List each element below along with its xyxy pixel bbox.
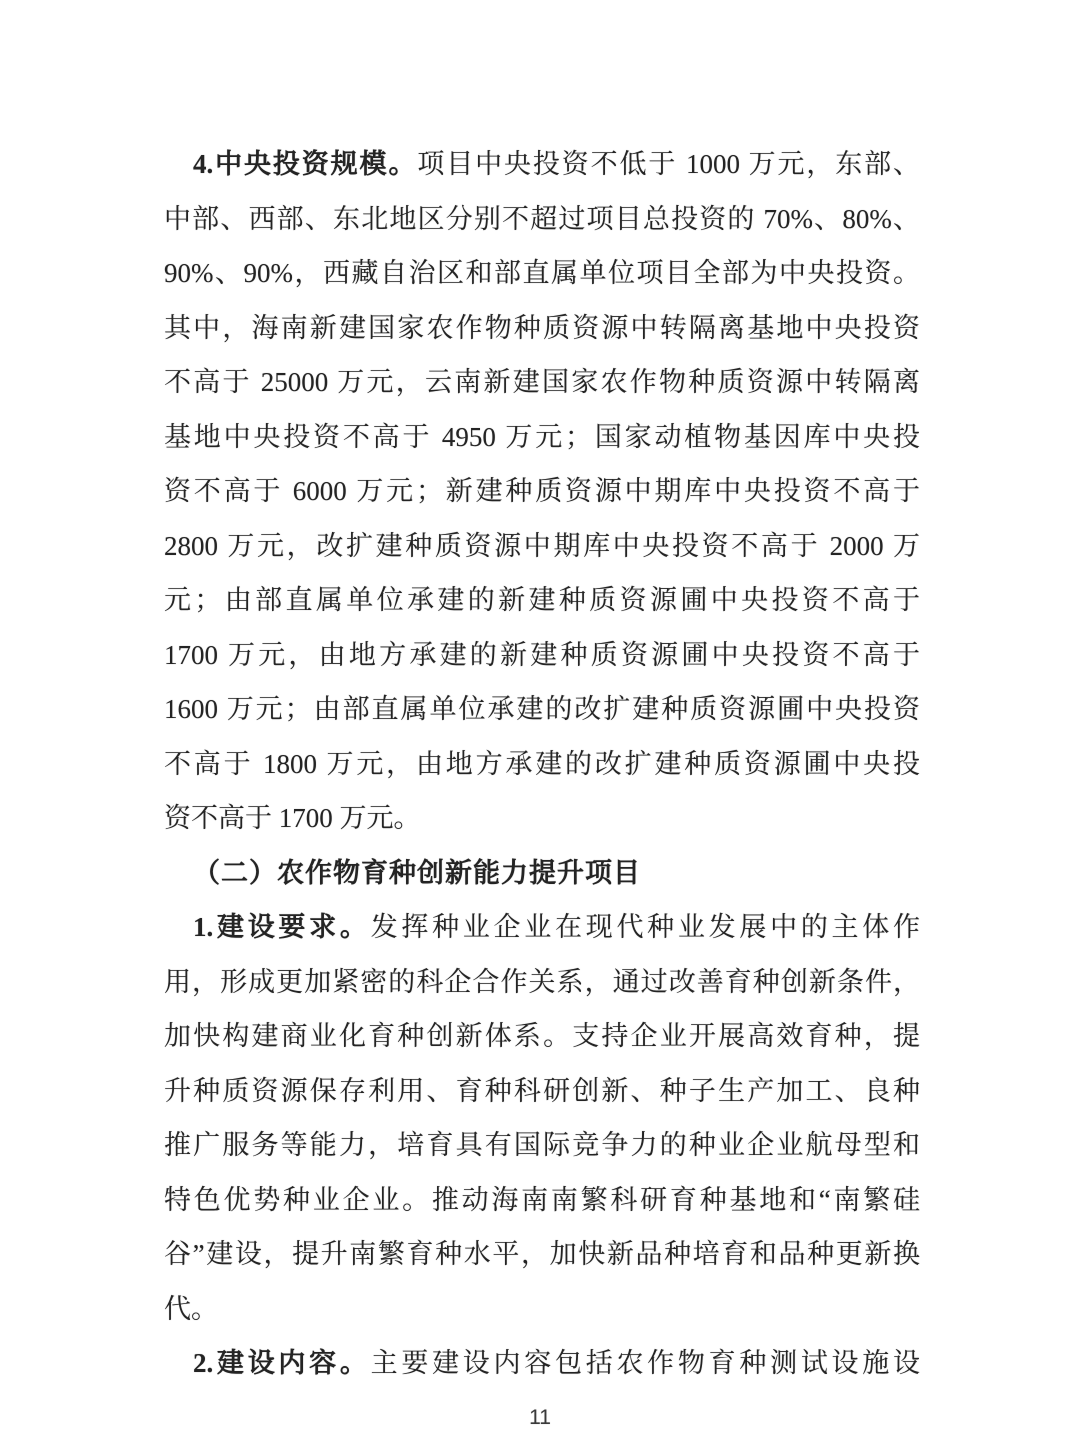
text-line: 资不高于 6000 万元；新建种质资源中期库中央投资不高于 <box>164 464 920 519</box>
text-line: 1.建设要求。发挥种业企业在现代种业发展中的主体作 <box>164 900 920 955</box>
text-line: 2800 万元，改扩建种质资源中期库中央投资不高于 2000 万 <box>164 519 920 574</box>
text-line: 基地中央投资不高于 4950 万元；国家动植物基因库中央投 <box>164 410 920 465</box>
text-line: 不高于 1800 万元，由地方承建的改扩建种质资源圃中央投 <box>164 737 920 792</box>
text-line: 不高于 25000 万元，云南新建国家农作物种质资源中转隔离 <box>164 355 920 410</box>
text-line-text: 其中，海南新建国家农作物种质资源中转隔离基地中央投资 <box>164 313 920 343</box>
text-line-text: 发挥种业企业在现代种业发展中的主体作 <box>371 912 920 942</box>
document-page: 4.中央投资规模。项目中央投资不低于 1000 万元，东部、 中部、西部、东北地… <box>0 0 1080 1448</box>
text-line-text: 不高于 25000 万元，云南新建国家农作物种质资源中转隔离 <box>164 367 920 397</box>
text-line-text: 资不高于 6000 万元；新建种质资源中期库中央投资不高于 <box>164 476 920 506</box>
text-line: 推广服务等能力，培育具有国际竞争力的种业企业航母型和 <box>164 1118 920 1173</box>
text-line-bold: 2.建设内容。 <box>193 1348 371 1378</box>
text-line: 加快构建商业化育种创新体系。支持企业开展高效育种，提 <box>164 1009 920 1064</box>
text-line-text: 代。 <box>164 1294 218 1324</box>
text-line: 2.建设内容。主要建设内容包括农作物育种测试设施设 <box>164 1336 920 1391</box>
text-line-text: 推广服务等能力，培育具有国际竞争力的种业企业航母型和 <box>164 1130 920 1160</box>
page-number: 11 <box>0 1406 1080 1430</box>
text-line: 代。 <box>164 1282 920 1337</box>
text-line-text: 加快构建商业化育种创新体系。支持企业开展高效育种，提 <box>164 1021 920 1051</box>
text-line-text: 不高于 1800 万元，由地方承建的改扩建种质资源圃中央投 <box>164 749 920 779</box>
text-line: 用，形成更加紧密的科企合作关系，通过改善育种创新条件， <box>164 955 920 1010</box>
text-line-text: 升种质资源保存利用、育种科研创新、种子生产加工、良种 <box>164 1076 920 1106</box>
text-line-bold: （二）农作物育种创新能力提升项目 <box>193 858 641 888</box>
text-line-text: 资不高于 1700 万元。 <box>164 803 421 833</box>
text-line-text: 1600 万元；由部直属单位承建的改扩建种质资源圃中央投资 <box>164 694 920 724</box>
text-line: 其中，海南新建国家农作物种质资源中转隔离基地中央投资 <box>164 301 920 356</box>
text-line: 1600 万元；由部直属单位承建的改扩建种质资源圃中央投资 <box>164 682 920 737</box>
text-line-text: 基地中央投资不高于 4950 万元；国家动植物基因库中央投 <box>164 422 920 452</box>
text-line: 元；由部直属单位承建的新建种质资源圃中央投资不高于 <box>164 573 920 628</box>
text-line-text: 元；由部直属单位承建的新建种质资源圃中央投资不高于 <box>164 585 920 615</box>
text-line: 1700 万元，由地方承建的新建种质资源圃中央投资不高于 <box>164 628 920 683</box>
document-text-block: 4.中央投资规模。项目中央投资不低于 1000 万元，东部、 中部、西部、东北地… <box>164 137 920 1391</box>
text-line-text: 用，形成更加紧密的科企合作关系，通过改善育种创新条件， <box>164 967 920 997</box>
text-line: 中部、西部、东北地区分别不超过项目总投资的 70%、80%、 <box>164 192 920 247</box>
text-line: 4.中央投资规模。项目中央投资不低于 1000 万元，东部、 <box>164 137 920 192</box>
text-line: 90%、90%，西藏自治区和部直属单位项目全部为中央投资。 <box>164 246 920 301</box>
text-line: 谷”建设，提升南繁育种水平，加快新品种培育和品种更新换 <box>164 1227 920 1282</box>
text-line-text: 2800 万元，改扩建种质资源中期库中央投资不高于 2000 万 <box>164 531 920 561</box>
text-line-text: 特色优势种业企业。推动海南南繁科研育种基地和“南繁硅 <box>164 1185 920 1215</box>
text-line-text: 90%、90%，西藏自治区和部直属单位项目全部为中央投资。 <box>164 258 920 288</box>
text-line-bold: 1.建设要求。 <box>193 912 371 942</box>
section-heading: （二）农作物育种创新能力提升项目 <box>164 846 920 901</box>
text-line-text: 中部、西部、东北地区分别不超过项目总投资的 70%、80%、 <box>164 204 920 234</box>
text-line: 特色优势种业企业。推动海南南繁科研育种基地和“南繁硅 <box>164 1173 920 1228</box>
text-line-bold: 4.中央投资规模。 <box>193 149 417 179</box>
text-line-text: 谷”建设，提升南繁育种水平，加快新品种培育和品种更新换 <box>164 1239 920 1269</box>
text-line: 升种质资源保存利用、育种科研创新、种子生产加工、良种 <box>164 1064 920 1119</box>
text-line: 资不高于 1700 万元。 <box>164 791 920 846</box>
text-line-text: 1700 万元，由地方承建的新建种质资源圃中央投资不高于 <box>164 640 920 670</box>
text-line-text: 项目中央投资不低于 1000 万元，东部、 <box>417 149 920 179</box>
text-line-text: 主要建设内容包括农作物育种测试设施设 <box>371 1348 920 1378</box>
